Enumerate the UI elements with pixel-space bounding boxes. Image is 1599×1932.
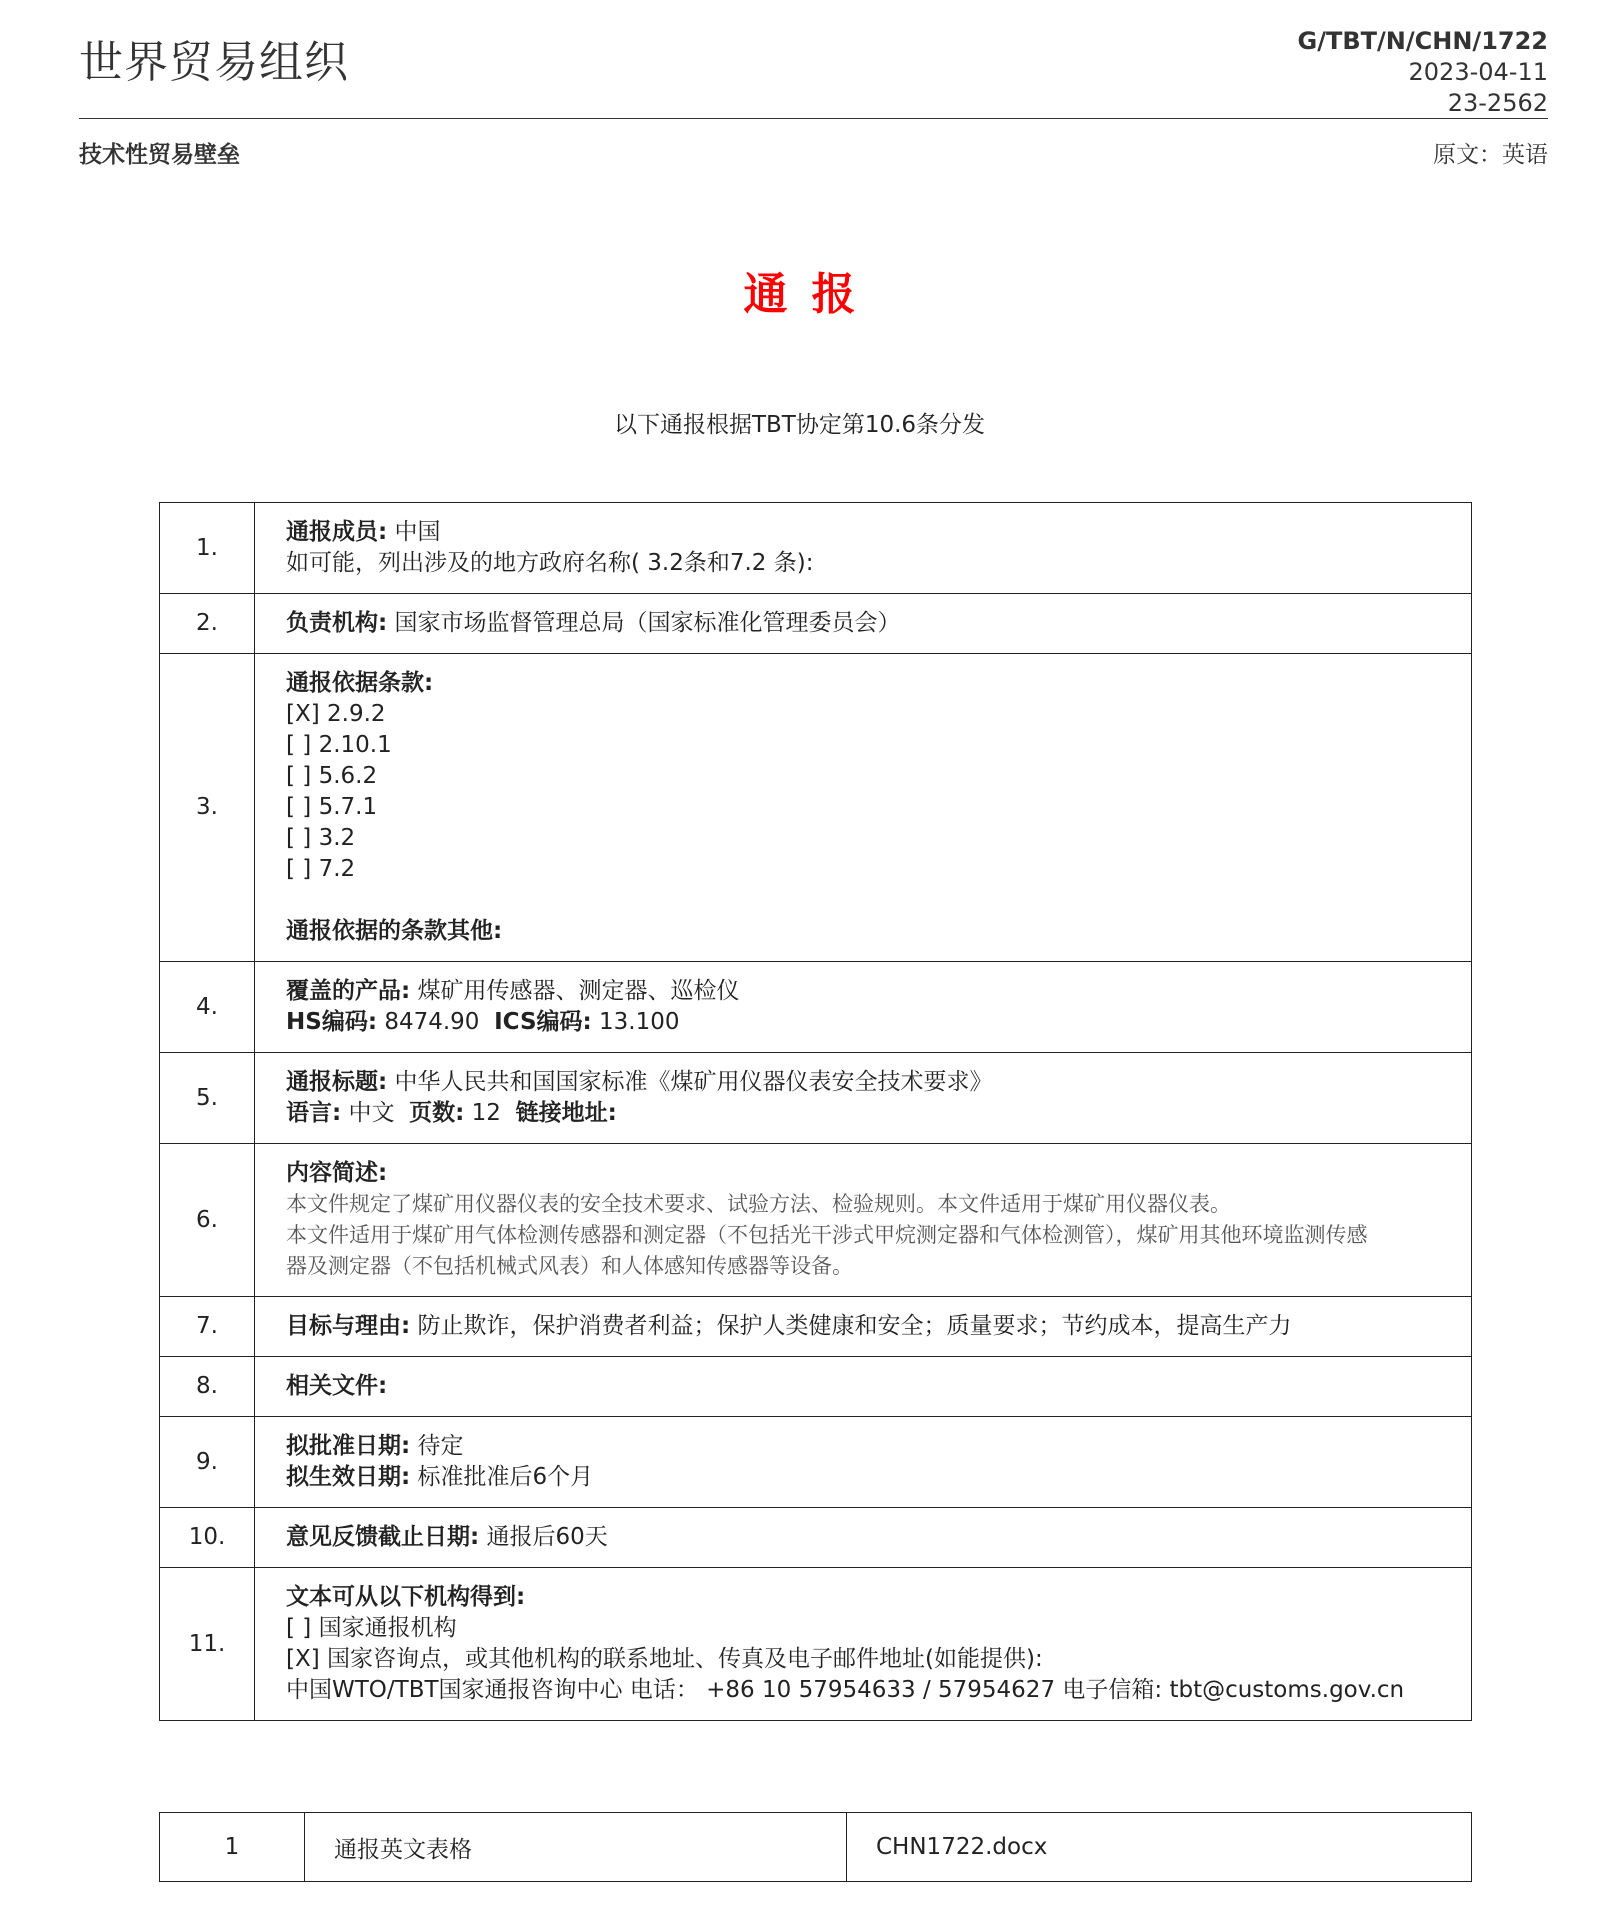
table-row: 8. 相关文件: [160, 1357, 1472, 1417]
row-content: 文本可从以下机构得到: [ ] 国家通报机构 [X] 国家咨询点，或其他机构的联… [255, 1568, 1472, 1721]
field-value: 8474.90 [384, 1009, 479, 1035]
field-label: 内容简述: [286, 1158, 1443, 1189]
field-label: 通报依据的条款其他: [286, 916, 1443, 947]
table-row: 9. 拟批准日期: 待定 拟生效日期: 标准批准后6个月 [160, 1417, 1472, 1508]
row-number: 2. [160, 594, 255, 654]
table-row: 1. 通报成员: 中国 如可能，列出涉及的地方政府名称( 3.2条和7.2 条)… [160, 503, 1472, 594]
notification-title: 通报 [0, 258, 1599, 322]
field-value: 中华人民共和国国家标准《煤矿用仪器仪表安全技术要求》 [395, 1069, 993, 1095]
field-label: ICS编码: [494, 1009, 592, 1035]
field-label: 页数: [409, 1100, 464, 1126]
row-content: 负责机构: 国家市场监督管理总局（国家标准化管理委员会） [255, 594, 1472, 654]
row-number: 6. [160, 1144, 255, 1297]
table-row: 3. 通报依据条款: [X] 2.9.2 [ ] 2.10.1 [ ] 5.6.… [160, 654, 1472, 962]
row-number: 11. [160, 1568, 255, 1721]
table-row: 2. 负责机构: 国家市场监督管理总局（国家标准化管理委员会） [160, 594, 1472, 654]
distribution-note: 以下通报根据TBT协定第10.6条分发 [0, 406, 1599, 439]
organization-title: 世界贸易组织 [79, 26, 349, 90]
row-number: 7. [160, 1297, 255, 1357]
field-note: 如可能，列出涉及的地方政府名称( 3.2条和7.2 条): [286, 548, 1443, 579]
row-number: 1. [160, 503, 255, 594]
field-label: 通报标题: [286, 1069, 387, 1095]
field-label: 目标与理由: [286, 1313, 410, 1339]
row-content: 意见反馈截止日期: 通报后60天 [255, 1508, 1472, 1568]
field-value: 12 [472, 1100, 501, 1126]
field-label: 通报成员: [286, 519, 387, 545]
attachment-number: 1 [160, 1813, 305, 1882]
row-number: 8. [160, 1357, 255, 1417]
field-value: 国家市场监督管理总局（国家标准化管理委员会） [395, 610, 901, 636]
row-content: 覆盖的产品: 煤矿用传感器、测定器、巡检仪 HS编码: 8474.90 ICS编… [255, 962, 1472, 1053]
attachment-row: 1 通报英文表格 CHN1722.docx [160, 1813, 1472, 1882]
field-value: 13.100 [599, 1009, 679, 1035]
table-row: 11. 文本可从以下机构得到: [ ] 国家通报机构 [X] 国家咨询点，或其他… [160, 1568, 1472, 1721]
description-text: 本文件适用于煤矿用气体检测传感器和测定器（不包括光干涉式甲烷测定器和气体检测管）… [286, 1220, 1443, 1251]
row-content: 内容简述: 本文件规定了煤矿用仪器仪表的安全技术要求、试验方法、检验规则。本文件… [255, 1144, 1472, 1297]
field-label: 语言: [286, 1100, 341, 1126]
row-number: 3. [160, 654, 255, 962]
row-number: 5. [160, 1053, 255, 1144]
attachment-description: 通报英文表格 [305, 1813, 847, 1882]
field-label: 拟生效日期: [286, 1464, 410, 1490]
document-symbol: G/TBT/N/CHN/1722 [1298, 26, 1548, 57]
document-date: 2023-04-11 [1298, 57, 1548, 88]
article-checkbox: [X] 2.9.2 [286, 699, 1443, 730]
row-content: 相关文件: [255, 1357, 1472, 1417]
spacer [286, 885, 1443, 916]
description-text: 器及测定器（不包括机械式风表）和人体感知传感器等设备。 [286, 1251, 1443, 1282]
field-label: 拟批准日期: [286, 1433, 410, 1459]
article-checkbox: [ ] 5.6.2 [286, 761, 1443, 792]
field-value: 中文 [349, 1100, 395, 1126]
row-content: 通报成员: 中国 如可能，列出涉及的地方政府名称( 3.2条和7.2 条): [255, 503, 1472, 594]
article-checkbox: [ ] 2.10.1 [286, 730, 1443, 761]
row-number: 9. [160, 1417, 255, 1508]
reference-number: 23-2562 [1298, 88, 1548, 119]
description-text: 本文件规定了煤矿用仪器仪表的安全技术要求、试验方法、检验规则。本文件适用于煤矿用… [286, 1189, 1443, 1220]
row-content: 拟批准日期: 待定 拟生效日期: 标准批准后6个月 [255, 1417, 1472, 1508]
table-row: 7. 目标与理由: 防止欺诈，保护消费者利益；保护人类健康和安全；质量要求；节约… [160, 1297, 1472, 1357]
field-label: 意见反馈截止日期: [286, 1524, 479, 1550]
field-label: 覆盖的产品: [286, 978, 410, 1004]
row-number: 10. [160, 1508, 255, 1568]
field-value: 通报后60天 [487, 1524, 608, 1550]
table-row: 4. 覆盖的产品: 煤矿用传感器、测定器、巡检仪 HS编码: 8474.90 I… [160, 962, 1472, 1053]
field-label: 文本可从以下机构得到: [286, 1582, 1443, 1613]
availability-option: [ ] 国家通报机构 [286, 1613, 1443, 1644]
row-content: 通报标题: 中华人民共和国国家标准《煤矿用仪器仪表安全技术要求》 语言: 中文 … [255, 1053, 1472, 1144]
table-row: 10. 意见反馈截止日期: 通报后60天 [160, 1508, 1472, 1568]
committee-name: 技术性贸易壁垒 [79, 136, 240, 169]
attachment-file-link[interactable]: CHN1722.docx [847, 1813, 1472, 1882]
header-divider [79, 118, 1548, 119]
document-meta: G/TBT/N/CHN/1722 2023-04-11 23-2562 [1298, 26, 1548, 119]
row-number: 4. [160, 962, 255, 1053]
table-row: 5. 通报标题: 中华人民共和国国家标准《煤矿用仪器仪表安全技术要求》 语言: … [160, 1053, 1472, 1144]
field-label: 通报依据条款: [286, 668, 1443, 699]
field-label: HS编码: [286, 1009, 377, 1035]
article-checkbox: [ ] 7.2 [286, 854, 1443, 885]
row-content: 目标与理由: 防止欺诈，保护消费者利益；保护人类健康和安全；质量要求；节约成本，… [255, 1297, 1472, 1357]
field-value: 煤矿用传感器、测定器、巡检仪 [418, 978, 740, 1004]
field-label: 链接地址: [516, 1100, 617, 1126]
availability-option: [X] 国家咨询点，或其他机构的联系地址、传真及电子邮件地址(如能提供): [286, 1644, 1443, 1675]
article-checkbox: [ ] 3.2 [286, 823, 1443, 854]
contact-info: 中国WTO/TBT国家通报咨询中心 电话： +86 10 57954633 / … [286, 1675, 1443, 1706]
field-label: 负责机构: [286, 610, 387, 636]
notification-table: 1. 通报成员: 中国 如可能，列出涉及的地方政府名称( 3.2条和7.2 条)… [159, 502, 1472, 1721]
field-value: 防止欺诈，保护消费者利益；保护人类健康和安全；质量要求；节约成本，提高生产力 [418, 1313, 1292, 1339]
row-content: 通报依据条款: [X] 2.9.2 [ ] 2.10.1 [ ] 5.6.2 [… [255, 654, 1472, 962]
article-checkbox: [ ] 5.7.1 [286, 792, 1443, 823]
table-row: 6. 内容简述: 本文件规定了煤矿用仪器仪表的安全技术要求、试验方法、检验规则。… [160, 1144, 1472, 1297]
attachments-table: 1 通报英文表格 CHN1722.docx [159, 1812, 1472, 1882]
field-value: 中国 [395, 519, 441, 545]
original-language: 原文：英语 [1433, 136, 1548, 169]
field-value: 待定 [418, 1433, 464, 1459]
field-label: 相关文件: [286, 1373, 387, 1399]
field-value: 标准批准后6个月 [418, 1464, 594, 1490]
